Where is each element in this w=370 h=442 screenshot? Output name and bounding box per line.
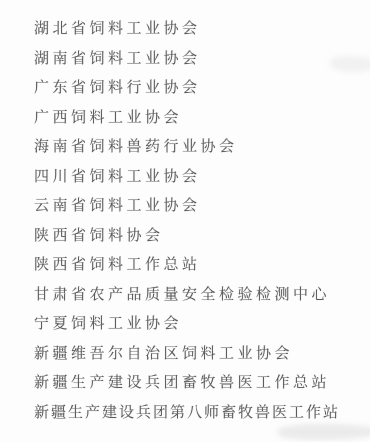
list-item: 湖北省饲料工业协会	[34, 13, 370, 43]
list-item: 湖南省饲料工业协会	[34, 43, 370, 73]
list-item: 新疆生产建设兵团畜牧兽医工作总站	[34, 367, 370, 397]
list-item: 陕西省饲料协会	[34, 220, 370, 250]
list-item: 广东省饲料行业协会	[34, 72, 370, 102]
list-item: 甘肃省农产品质量安全检验检测中心	[34, 279, 370, 309]
organization-list: 湖北省饲料工业协会 湖南省饲料工业协会 广东省饲料行业协会 广西饲料工业协会 海…	[34, 13, 370, 426]
list-item: 广西饲料工业协会	[34, 102, 370, 132]
list-item: 新疆维吾尔自治区饲料工业协会	[34, 338, 370, 368]
list-item: 宁夏饲料工业协会	[34, 308, 370, 338]
list-item: 陕西省饲料工作总站	[34, 249, 370, 279]
list-item: 云南省饲料工业协会	[34, 190, 370, 220]
list-item: 新疆生产建设兵团第八师畜牧兽医工作站	[34, 397, 370, 427]
list-item: 四川省饲料工业协会	[34, 161, 370, 191]
document-page: 湖北省饲料工业协会 湖南省饲料工业协会 广东省饲料行业协会 广西饲料工业协会 海…	[0, 0, 370, 442]
list-item: 海南省饲料兽药行业协会	[34, 131, 370, 161]
scan-smudge-bottom-right	[278, 424, 370, 440]
